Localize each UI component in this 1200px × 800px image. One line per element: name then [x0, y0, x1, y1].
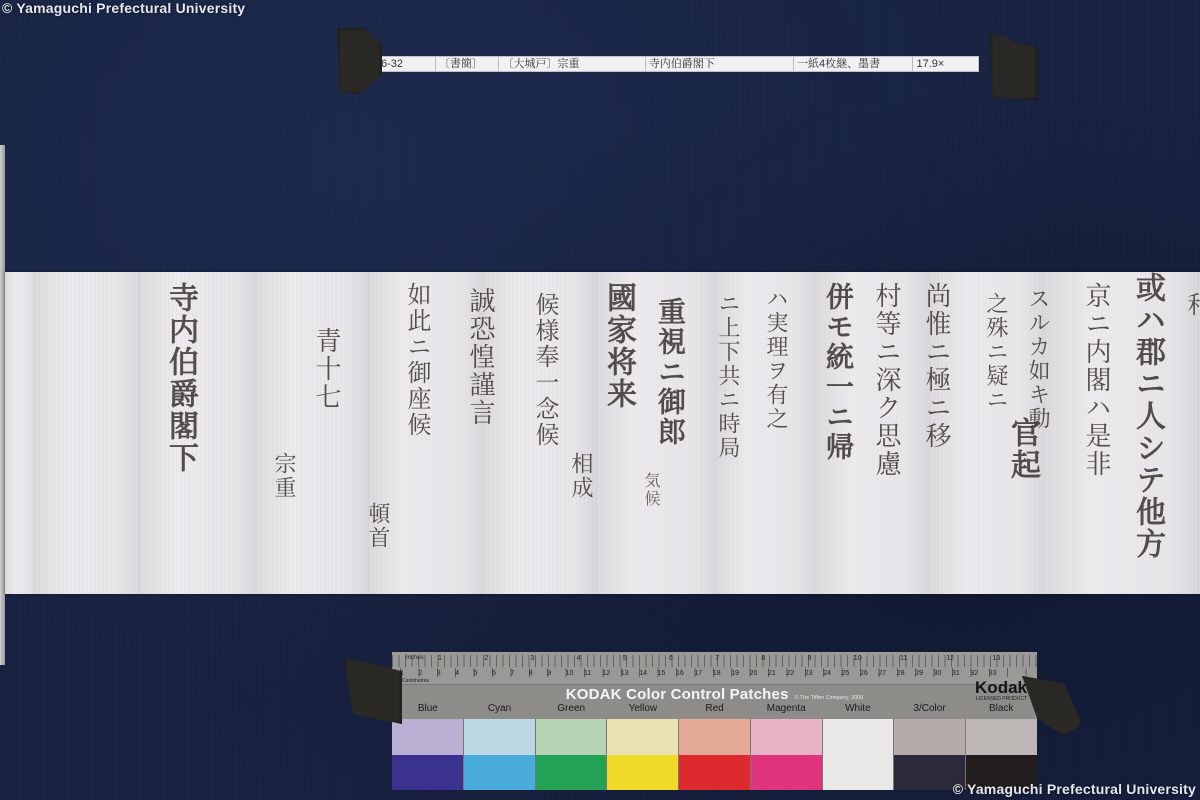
calligraphy-column: 気候 [640, 472, 663, 508]
calligraphy-column: 村等ニ深ク思慮 [868, 282, 905, 478]
cm-number: 11 [584, 670, 591, 677]
calligraphy-column: ハ実理ヲ有之 [760, 287, 791, 431]
cm-number: 6 [492, 670, 496, 677]
patch-saturated [751, 755, 822, 791]
cm-number: 13 [621, 670, 629, 677]
patch-light [607, 719, 678, 755]
patch-light [392, 719, 463, 755]
cm-number: 22 [786, 670, 794, 677]
patch-column-yellow [607, 719, 679, 790]
label-cell: 17.9× [913, 57, 978, 71]
calligraphy-column: 京ニ内閣ハ是非 [1078, 282, 1115, 478]
kodak-title-text: KODAK Color Control Patches [566, 686, 789, 703]
patch-saturated [464, 755, 535, 791]
patch-label-black: Black [965, 703, 1037, 717]
cm-number: 21 [768, 670, 776, 677]
patch-label-cyan: Cyan [464, 703, 536, 717]
cm-number: 4 [455, 670, 459, 677]
cm-number: 28 [897, 670, 905, 677]
inch-number: 13 [992, 655, 1000, 662]
cm-number: 32 [970, 670, 978, 677]
cm-number: 29 [915, 670, 923, 677]
label-cell: 一紙4枚継、墨書 [794, 57, 913, 71]
scroll-fold-panel [1045, 272, 1200, 594]
calligraphy-column: 之殊ニ疑ニ [980, 292, 1011, 412]
patch-column-white [823, 719, 895, 790]
copyright-watermark-top: © Yamaguchi Prefectural University [2, 0, 245, 16]
inches-label: Inches [406, 655, 424, 661]
calligraphy-column: 併モ統一ニ帰 [818, 282, 858, 462]
calligraphy-column: 重視ニ御郎 [650, 297, 690, 447]
calligraphy-column: 國家将来 [596, 282, 640, 410]
cm-number: 12 [602, 670, 610, 677]
patch-saturated [392, 755, 463, 791]
cm-number: 5 [474, 670, 478, 677]
patch-label-3-color: 3/Color [894, 703, 966, 717]
patch-label-magenta: Magenta [750, 703, 822, 717]
cm-number: 30 [934, 670, 942, 677]
cm-number: 2 [418, 670, 422, 677]
patch-labels: BlueCyanGreenYellowRedMagentaWhite3/Colo… [392, 703, 1037, 717]
copyright-watermark-bottom: © Yamaguchi Prefectural University [953, 781, 1196, 797]
patch-light [823, 719, 894, 755]
patch-light [536, 719, 607, 755]
cm-number: 19 [731, 670, 739, 677]
patch-saturated [823, 755, 894, 791]
inch-number: 12 [946, 655, 954, 662]
cm-number: 27 [878, 670, 886, 677]
calligraphy-column: 候様奉一念候 [528, 292, 563, 448]
calligraphy-column: 相成 [565, 452, 596, 500]
patch-light [966, 719, 1037, 755]
cm-number: 8 [529, 670, 533, 677]
centimetres-label: Centimetres [402, 678, 429, 684]
patch-light [751, 719, 822, 755]
cm-number: 3 [437, 670, 441, 677]
inch-number: 10 [854, 655, 862, 662]
patch-column-green [536, 719, 608, 790]
patch-light [679, 719, 750, 755]
calligraphy-column: 如此ニ御座候 [400, 282, 435, 438]
patch-light [894, 719, 965, 755]
label-cell: 寺内伯爵閣下 [646, 57, 794, 71]
label-cell: 〔大城戸〕宗重 [499, 57, 645, 71]
cm-number: 24 [823, 670, 831, 677]
calligraphy-column: 誠恐惶謹言 [462, 287, 499, 427]
ruler: Inches Centimetres 12345678910111213 123… [392, 652, 1037, 685]
kodak-logo-text: Kodak [975, 678, 1027, 697]
calligraphy-column: 青十七 [308, 327, 345, 411]
label-cell: 6-32 [378, 57, 436, 71]
inch-number: 1 [438, 655, 442, 662]
patch-label-blue: Blue [392, 703, 464, 717]
inch-number: 7 [715, 655, 719, 662]
calligraphy-column: 宗重 [268, 452, 299, 500]
patch-column-red [679, 719, 751, 790]
kodak-title: KODAK Color Control Patches© The Tiffen … [392, 686, 1037, 703]
patch-column-cyan [464, 719, 536, 790]
inch-number: 3 [530, 655, 534, 662]
patch-column-3-color [894, 719, 966, 790]
label-cell: 〔書簡〕 [436, 57, 500, 71]
calligraphy-column: 尚惟ニ極ニ移 [918, 282, 955, 450]
calligraphy-column: ニ上下共ニ時局 [712, 292, 743, 460]
kodak-logo: Kodak LICENSED PRODUCT [975, 680, 1027, 702]
patch-label-green: Green [535, 703, 607, 717]
cm-number: 9 [547, 670, 551, 677]
patch-column-blue [392, 719, 464, 790]
letter-scroll: 寺内伯爵閣下青十七宗重頓首如此ニ御座候誠恐惶謹言候様奉一念候國家将来相成重視ニ御… [5, 272, 1200, 594]
cm-number: 15 [658, 670, 666, 677]
inch-number: 4 [577, 655, 581, 662]
calligraphy-column: 寺内伯爵閣下 [158, 282, 202, 474]
cm-number: 25 [842, 670, 850, 677]
color-patches [392, 719, 1037, 790]
inch-number: 8 [761, 655, 765, 662]
inch-number: 5 [623, 655, 627, 662]
scroll-fold-panel [35, 272, 141, 594]
patch-label-red: Red [679, 703, 751, 717]
patch-saturated [679, 755, 750, 791]
cm-number: 10 [566, 670, 574, 677]
patch-light [464, 719, 535, 755]
kodak-licensed-product: LICENSED PRODUCT [975, 696, 1027, 702]
cm-number: 31 [952, 670, 960, 677]
calligraphy-column: スルカ如キ動 [1022, 287, 1053, 431]
cm-number: 17 [694, 670, 702, 677]
scroll-fold-panel [256, 272, 370, 594]
inch-number: 2 [484, 655, 488, 662]
calligraphy-column: 或ハ郡ニ人シテ他方 [1125, 272, 1169, 560]
inch-number: 9 [808, 655, 812, 662]
kodak-copyright: © The Tiffen Company, 2000 [795, 695, 864, 701]
cm-number: 23 [805, 670, 813, 677]
inch-number: 11 [900, 655, 907, 662]
inch-number: 6 [669, 655, 673, 662]
cm-number: 7 [510, 670, 514, 677]
kodak-color-control-patches: Inches Centimetres 12345678910111213 123… [392, 652, 1037, 790]
patch-saturated [607, 755, 678, 791]
cm-number: 16 [676, 670, 684, 677]
scroll-fold-panel [5, 272, 36, 594]
catalog-label-strip: 6-32〔書簡〕〔大城戸〕宗重寺内伯爵閣下一紙4枚継、墨書17.9× [377, 56, 979, 72]
patch-label-white: White [822, 703, 894, 717]
patch-saturated [536, 755, 607, 791]
patch-label-yellow: Yellow [607, 703, 679, 717]
calligraphy-column: 和 [1180, 292, 1200, 318]
cm-number: 33 [989, 670, 997, 677]
calligraphy-column: 頓首 [362, 502, 393, 550]
patch-column-magenta [751, 719, 823, 790]
cm-number: 18 [713, 670, 721, 677]
cm-number: 14 [639, 670, 647, 677]
patch-column-black [966, 719, 1037, 790]
cm-number: 26 [860, 670, 868, 677]
cm-number: 20 [750, 670, 758, 677]
